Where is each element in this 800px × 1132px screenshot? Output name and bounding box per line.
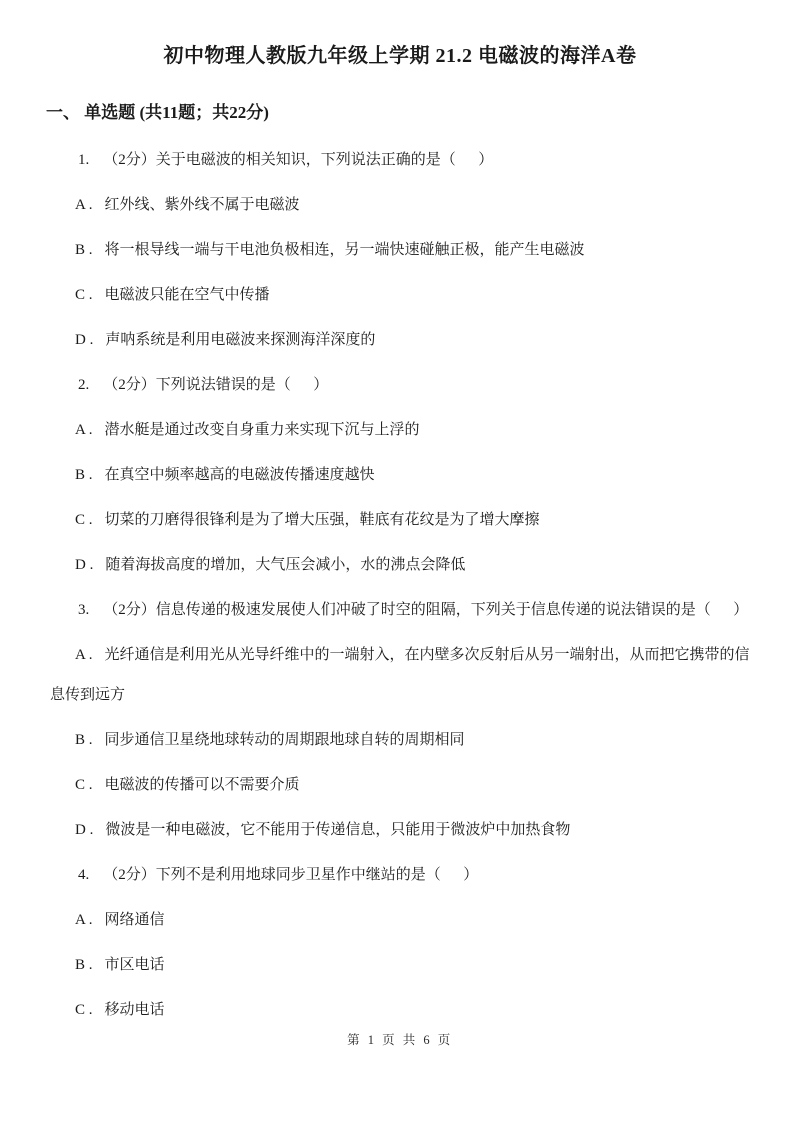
option-a-text: 光纤通信是利用光从光导纤维中的一端射入，在内壁多次反射后从另一端射出，从而把它携… bbox=[50, 647, 750, 703]
exam-document-page: 初中物理人教版九年级上学期 21.2 电磁波的海洋A卷 一、 单选题 (共11题… bbox=[0, 0, 800, 1132]
option-c-label: C . bbox=[75, 1002, 93, 1018]
question-4: 4.（2分）下列不是利用地球同步卫星作中继站的是（ ） A .网络通信 B .市… bbox=[50, 855, 750, 1030]
question-3-stem: 3.（2分）信息传递的极速发展使人们冲破了时空的阻隔，下列关于信息传递的说法错误… bbox=[50, 590, 750, 630]
option-d-label: D . bbox=[75, 557, 93, 573]
question-3-option-d: D .微波是一种电磁波，它不能用于传递信息，只能用于微波炉中加热食物 bbox=[50, 810, 750, 850]
question-2-option-c: C .切菜的刀磨得很锋利是为了增大压强，鞋底有花纹是为了增大摩擦 bbox=[50, 500, 750, 540]
option-d-label: D . bbox=[75, 822, 93, 838]
option-d-text: 随着海拔高度的增加，大气压会减小，水的沸点会降低 bbox=[105, 557, 465, 573]
question-2-stem: 2.（2分）下列说法错误的是（ ） bbox=[50, 365, 750, 405]
question-4-text: （2分）下列不是利用地球同步卫星作中继站的是（ ） bbox=[103, 867, 478, 883]
question-4-option-b: B .市区电话 bbox=[50, 945, 750, 985]
option-b-text: 将一根导线一端与干电池负极相连，另一端快速碰触正极，能产生电磁波 bbox=[105, 242, 585, 258]
question-4-option-c: C .移动电话 bbox=[50, 990, 750, 1030]
section-heading: 一、 单选题 (共11题；共22分) bbox=[46, 98, 750, 128]
option-c-text: 电磁波的传播可以不需要介质 bbox=[105, 777, 300, 793]
document-title: 初中物理人教版九年级上学期 21.2 电磁波的海洋A卷 bbox=[0, 0, 800, 70]
question-4-number: 4. bbox=[78, 867, 89, 883]
question-3: 3.（2分）信息传递的极速发展使人们冲破了时空的阻隔，下列关于信息传递的说法错误… bbox=[50, 590, 750, 850]
question-1-number: 1. bbox=[78, 152, 89, 168]
question-3-option-b: B .同步通信卫星绕地球转动的周期跟地球自转的周期相同 bbox=[50, 720, 750, 760]
question-3-text: （2分）信息传递的极速发展使人们冲破了时空的阻隔，下列关于信息传递的说法错误的是… bbox=[103, 602, 748, 618]
option-c-text: 切菜的刀磨得很锋利是为了增大压强，鞋底有花纹是为了增大摩擦 bbox=[105, 512, 540, 528]
question-1-option-a: A .红外线、紫外线不属于电磁波 bbox=[50, 185, 750, 225]
question-4-option-a: A .网络通信 bbox=[50, 900, 750, 940]
option-d-text: 声呐系统是利用电磁波来探测海洋深度的 bbox=[105, 332, 375, 348]
option-a-text: 红外线、紫外线不属于电磁波 bbox=[105, 197, 300, 213]
question-3-number: 3. bbox=[78, 602, 89, 618]
question-list: 1.（2分）关于电磁波的相关知识，下列说法正确的是（ ） A .红外线、紫外线不… bbox=[50, 140, 750, 1030]
option-a-label: A . bbox=[75, 647, 93, 663]
question-1-text: （2分）关于电磁波的相关知识，下列说法正确的是（ ） bbox=[103, 152, 493, 168]
question-2-option-a: A .潜水艇是通过改变自身重力来实现下沉与上浮的 bbox=[50, 410, 750, 450]
option-a-label: A . bbox=[75, 422, 93, 438]
question-1: 1.（2分）关于电磁波的相关知识，下列说法正确的是（ ） A .红外线、紫外线不… bbox=[50, 140, 750, 360]
option-a-label: A . bbox=[75, 197, 93, 213]
option-a-label: A . bbox=[75, 912, 93, 928]
question-2-option-b: B .在真空中频率越高的电磁波传播速度越快 bbox=[50, 455, 750, 495]
question-1-stem: 1.（2分）关于电磁波的相关知识，下列说法正确的是（ ） bbox=[50, 140, 750, 180]
question-3-option-c: C .电磁波的传播可以不需要介质 bbox=[50, 765, 750, 805]
option-c-label: C . bbox=[75, 287, 93, 303]
option-b-text: 同步通信卫星绕地球转动的周期跟地球自转的周期相同 bbox=[105, 732, 465, 748]
question-1-option-b: B .将一根导线一端与干电池负极相连，另一端快速碰触正极，能产生电磁波 bbox=[50, 230, 750, 270]
page-number-footer: 第 1 页 共 6 页 bbox=[0, 1030, 800, 1048]
question-2-text: （2分）下列说法错误的是（ ） bbox=[103, 377, 328, 393]
option-d-text: 微波是一种电磁波，它不能用于传递信息，只能用于微波炉中加热食物 bbox=[105, 822, 570, 838]
question-4-stem: 4.（2分）下列不是利用地球同步卫星作中继站的是（ ） bbox=[50, 855, 750, 895]
option-c-text: 移动电话 bbox=[105, 1002, 165, 1018]
question-1-option-d: D .声呐系统是利用电磁波来探测海洋深度的 bbox=[50, 320, 750, 360]
option-d-label: D . bbox=[75, 332, 93, 348]
option-c-text: 电磁波只能在空气中传播 bbox=[105, 287, 270, 303]
option-b-label: B . bbox=[75, 732, 93, 748]
option-a-text: 网络通信 bbox=[105, 912, 165, 928]
option-c-label: C . bbox=[75, 512, 93, 528]
question-2-number: 2. bbox=[78, 377, 89, 393]
question-1-option-c: C .电磁波只能在空气中传播 bbox=[50, 275, 750, 315]
option-b-text: 市区电话 bbox=[105, 957, 165, 973]
option-b-label: B . bbox=[75, 957, 93, 973]
question-2-option-d: D .随着海拔高度的增加，大气压会减小，水的沸点会降低 bbox=[50, 545, 750, 585]
option-b-label: B . bbox=[75, 467, 93, 483]
question-3-option-a: A .光纤通信是利用光从光导纤维中的一端射入，在内壁多次反射后从另一端射出，从而… bbox=[50, 635, 750, 715]
question-2: 2.（2分）下列说法错误的是（ ） A .潜水艇是通过改变自身重力来实现下沉与上… bbox=[50, 365, 750, 585]
option-b-label: B . bbox=[75, 242, 93, 258]
option-c-label: C . bbox=[75, 777, 93, 793]
option-a-text: 潜水艇是通过改变自身重力来实现下沉与上浮的 bbox=[105, 422, 420, 438]
option-b-text: 在真空中频率越高的电磁波传播速度越快 bbox=[105, 467, 375, 483]
